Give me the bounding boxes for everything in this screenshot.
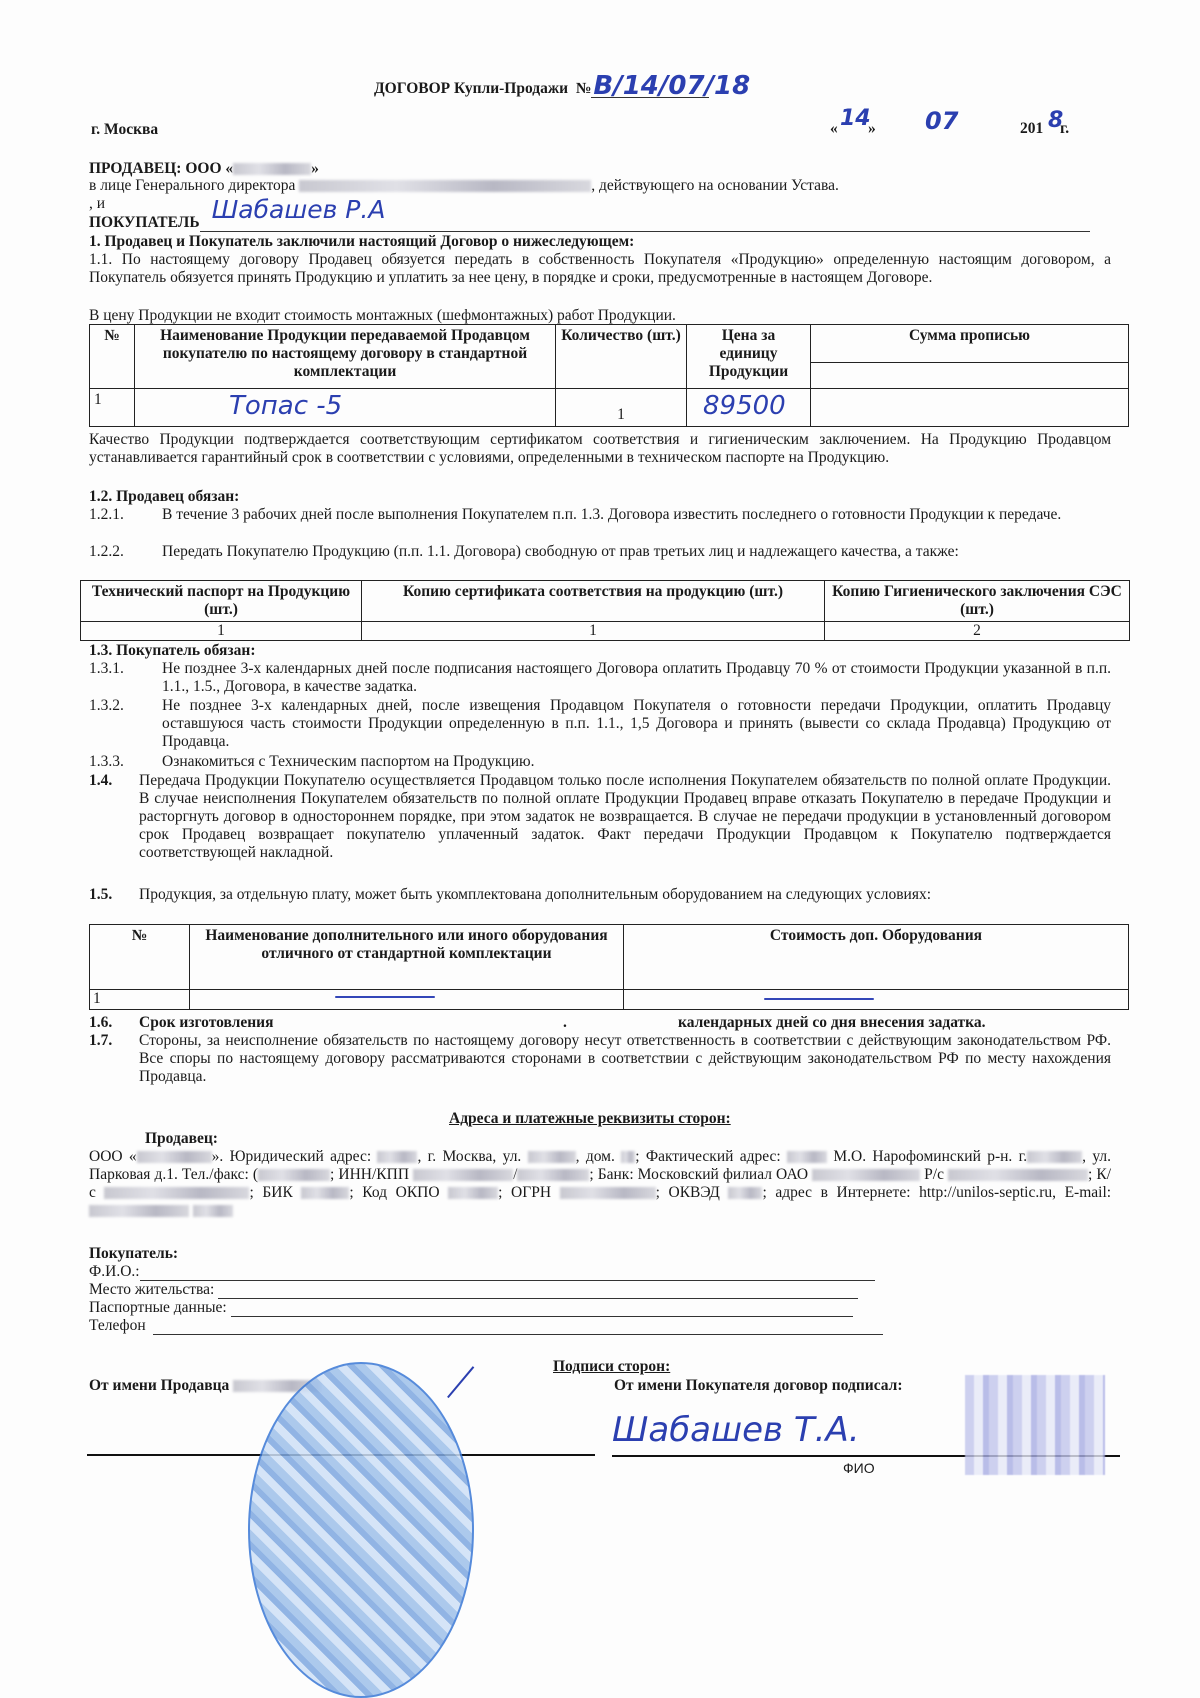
- buyer-signature-handwritten: Шабашев Т.А.: [612, 1410, 860, 1450]
- req-text: М.О. Нарофоминский р-н. г.: [833, 1148, 1027, 1165]
- req-text: ; ОКВЭД: [656, 1184, 720, 1201]
- buyer-signature-label: От имени Покупателя договор подписал:: [614, 1377, 903, 1395]
- seller-label: ПРОДАВЕЦ: ООО «: [89, 160, 233, 177]
- handwritten-dash: [764, 998, 874, 1000]
- redacted: [413, 1169, 513, 1181]
- item-1-6-label: Срок изготовления: [139, 1014, 274, 1032]
- col-sum-words: Сумма прописью: [811, 325, 1129, 389]
- section-1-heading: 1. Продавец и Покупатель заключили насто…: [89, 233, 634, 251]
- col-equipment-cost: Стоимость доп. Оборудования: [624, 925, 1129, 990]
- sum-words-subcell: [811, 363, 1128, 388]
- seller-signature-label: От имени Продавца: [89, 1377, 321, 1395]
- req-text: Р/с: [924, 1166, 944, 1183]
- price-cell: 89500: [687, 389, 811, 427]
- section-1-3-heading: 1.3. Покупатель обязан:: [89, 642, 256, 660]
- city: г. Москва: [91, 121, 158, 139]
- seller-line: ПРОДАВЕЦ: ООО «»: [89, 160, 319, 178]
- item-1-7-num: 1.7.: [89, 1032, 112, 1050]
- price-exclusion: В цену Продукции не входит стоимость мон…: [89, 307, 676, 325]
- req-text: ; ИНН/КПП: [330, 1166, 409, 1183]
- contract-number-field: B/14/07/18: [591, 97, 709, 98]
- buyer-requisites-heading: Покупатель:: [89, 1245, 178, 1263]
- phone-label: Телефон: [89, 1317, 146, 1334]
- redacted-buyer-signature-icon: [965, 1375, 1105, 1475]
- col-tech-passport: Технический паспорт на Продукцию (шт.): [81, 581, 362, 622]
- certificate-count: 1: [362, 622, 825, 641]
- item-1-3-1-num: 1.3.1.: [89, 660, 124, 678]
- and-text: , и: [89, 195, 105, 213]
- product-table-header: № Наименование Продукции передаваемой Пр…: [90, 325, 1129, 389]
- director-prefix: в лице Генерального директора: [89, 177, 295, 194]
- buyer-residence-row: Место жительства:: [89, 1281, 889, 1299]
- redacted: [812, 1169, 920, 1181]
- req-text: ; Фактический адрес:: [635, 1148, 781, 1165]
- contract-number-handwritten: B/14/07/18: [593, 77, 750, 95]
- item-1-6-num: 1.6.: [89, 1014, 112, 1032]
- redacted: [528, 1151, 576, 1163]
- buyer-name-field: Шабашев Р.А: [200, 215, 1090, 232]
- signatures-heading: Подписи сторон:: [553, 1358, 670, 1376]
- contract-page: ДОГОВОР Купли-Продажи №B/14/07/18 г. Мос…: [0, 0, 1200, 1698]
- documents-table: Технический паспорт на Продукцию (шт.) К…: [80, 580, 1130, 641]
- col-unit-price: Цена за единицу Продукции: [687, 325, 811, 389]
- redacted: [517, 1169, 589, 1181]
- phone-field[interactable]: [153, 1334, 883, 1335]
- req-text: ; Код ОКПО: [349, 1184, 439, 1201]
- product-name-cell: Топас -5: [135, 389, 556, 427]
- seller-requisites: ООО «». Юридический адрес: , г. Москва, …: [89, 1148, 1111, 1220]
- redacted: [193, 1205, 233, 1217]
- price-handwritten: 89500: [703, 391, 786, 421]
- date-year-prefix: 201: [1020, 120, 1043, 138]
- residence-label: Место жительства:: [89, 1281, 214, 1298]
- seller-stamp-icon: [248, 1362, 474, 1698]
- buyer-phone-row: Телефон: [89, 1317, 909, 1335]
- contract-date: « 14 » 07 201 8 г.: [830, 116, 1080, 140]
- item-1-3-2-text: Не позднее 3-х календарных дней, после и…: [162, 697, 1111, 751]
- item-1-4-num: 1.4.: [89, 772, 112, 790]
- req-text: ; БИК: [249, 1184, 292, 1201]
- redacted-seller-name: [233, 163, 311, 175]
- table-row: 1: [90, 990, 1129, 1010]
- table-row: 1 Топас -5 1 89500: [90, 389, 1129, 427]
- tech-passport-count: 1: [81, 622, 362, 641]
- item-1-5-num: 1.5.: [89, 886, 112, 904]
- req-text: , г. Москва, ул.: [417, 1148, 521, 1165]
- director-suffix: , действующего на основании Устава.: [591, 177, 839, 194]
- item-1-5-text: Продукция, за отдельную плату, может быт…: [139, 886, 1111, 904]
- col-hygiene: Копию Гигиенического заключения СЭС (шт.…: [825, 581, 1130, 622]
- col-equipment-name: Наименование дополнительного или иного о…: [190, 925, 624, 990]
- col-certificate: Копию сертификата соответствия на продук…: [362, 581, 825, 622]
- title-text: ДОГОВОР Купли-Продажи: [374, 80, 568, 97]
- buyer-line: ПОКУПАТЕЛЬШабашев Р.А: [89, 214, 1106, 232]
- seller-signature-mark-icon: [447, 1366, 505, 1424]
- handwritten-dash: [335, 996, 435, 998]
- redacted: [728, 1187, 762, 1199]
- req-text: ; Банк: Московский филиал ОАО: [589, 1166, 808, 1183]
- redacted: [258, 1169, 330, 1181]
- col-quantity: Количество (шт.): [556, 325, 687, 389]
- passport-label: Паспортные данные:: [89, 1299, 227, 1316]
- redacted: [301, 1187, 349, 1199]
- req-text: ООО «: [89, 1148, 137, 1165]
- req-text: , дом.: [576, 1148, 615, 1165]
- item-1-3-3-text: Ознакомиться с Техническим паспортом на …: [162, 753, 534, 771]
- date-day: 14: [840, 110, 871, 128]
- item-1-7-text: Стороны, за неисполнение обязательств по…: [139, 1032, 1111, 1086]
- redacted: [787, 1151, 827, 1163]
- seller-requisites-heading: Продавец:: [145, 1130, 218, 1148]
- date-year-suffix: г.: [1060, 120, 1069, 138]
- redacted: [1027, 1151, 1082, 1163]
- redacted-director-name: [299, 180, 591, 192]
- date-month: 07: [925, 112, 958, 130]
- quantity-cell: 1: [556, 389, 687, 427]
- contract-title: ДОГОВОР Купли-Продажи №B/14/07/18: [374, 80, 709, 98]
- seller-suffix: »: [311, 160, 319, 177]
- item-1-3-1-text: Не позднее 3-х календарных дней после по…: [162, 660, 1111, 696]
- extra-equipment-table: № Наименование дополнительного или иного…: [89, 924, 1129, 1010]
- product-table: № Наименование Продукции передаваемой Пр…: [89, 324, 1129, 427]
- redacted: [89, 1205, 189, 1217]
- buyer-label: ПОКУПАТЕЛЬ: [89, 214, 200, 231]
- equipment-cost-cell: [624, 990, 1129, 1010]
- redacted: [137, 1151, 212, 1163]
- redacted: [104, 1187, 249, 1199]
- item-1-4-text: Передача Продукции Покупателю осуществля…: [139, 772, 1111, 862]
- director-line: в лице Генерального директора , действую…: [89, 177, 839, 195]
- item-1-3-2-num: 1.3.2.: [89, 697, 124, 715]
- table-row: 1 1 2: [81, 622, 1130, 641]
- sum-words-label: Сумма прописью: [811, 325, 1128, 363]
- item-1-6-suffix: календарных дней со дня внесения задатка…: [678, 1014, 986, 1032]
- product-name-handwritten: Топас -5: [229, 391, 342, 421]
- redacted: [560, 1187, 656, 1199]
- item-1-6-dot: .: [563, 1014, 567, 1032]
- section-1-2-heading: 1.2. Продавец обязан:: [89, 488, 239, 506]
- item-1-3-3-num: 1.3.3.: [89, 753, 124, 771]
- buyer-name-handwritten: Шабашев Р.А: [212, 201, 386, 219]
- redacted: [948, 1169, 1088, 1181]
- equipment-name-cell: [190, 990, 624, 1010]
- col-number: №: [90, 325, 135, 389]
- redacted: [448, 1187, 498, 1199]
- req-text: ; адрес в Интернете: http://unilos-septi…: [762, 1184, 1111, 1201]
- number-label: №: [576, 80, 592, 97]
- col-number: №: [90, 925, 190, 990]
- seller-signature-text: От имени Продавца: [89, 1377, 229, 1394]
- quality-paragraph: Качество Продукции подтверждается соотве…: [89, 431, 1111, 467]
- fio-label: Ф.И.О.:: [89, 1263, 140, 1280]
- row-number: 1: [90, 990, 190, 1010]
- req-text: ; ОГРН: [498, 1184, 551, 1201]
- item-1-2-1-text: В течение 3 рабочих дней после выполнени…: [162, 506, 1111, 524]
- row-number: 1: [90, 389, 135, 427]
- requisites-heading: Адреса и платежные реквизиты сторон:: [449, 1110, 731, 1128]
- sum-words-cell: [811, 389, 1129, 427]
- buyer-passport-row: Паспортные данные:: [89, 1299, 889, 1317]
- item-1-2-2-text: Передать Покупателю Продукцию (п.п. 1.1.…: [162, 543, 1111, 561]
- fio-caption: ФИО: [843, 1460, 875, 1476]
- item-1-2-2-num: 1.2.2.: [89, 543, 124, 561]
- col-product-name: Наименование Продукции передаваемой Прод…: [135, 325, 556, 389]
- item-1-2-1-num: 1.2.1.: [89, 506, 124, 524]
- redacted: [377, 1151, 417, 1163]
- buyer-fio-row: Ф.И.О.:: [89, 1263, 889, 1281]
- hygiene-count: 2: [825, 622, 1130, 641]
- req-text: ». Юридический адрес:: [212, 1148, 371, 1165]
- section-1-1: 1.1. По настоящему договору Продавец обя…: [89, 251, 1111, 287]
- redacted: [621, 1151, 635, 1163]
